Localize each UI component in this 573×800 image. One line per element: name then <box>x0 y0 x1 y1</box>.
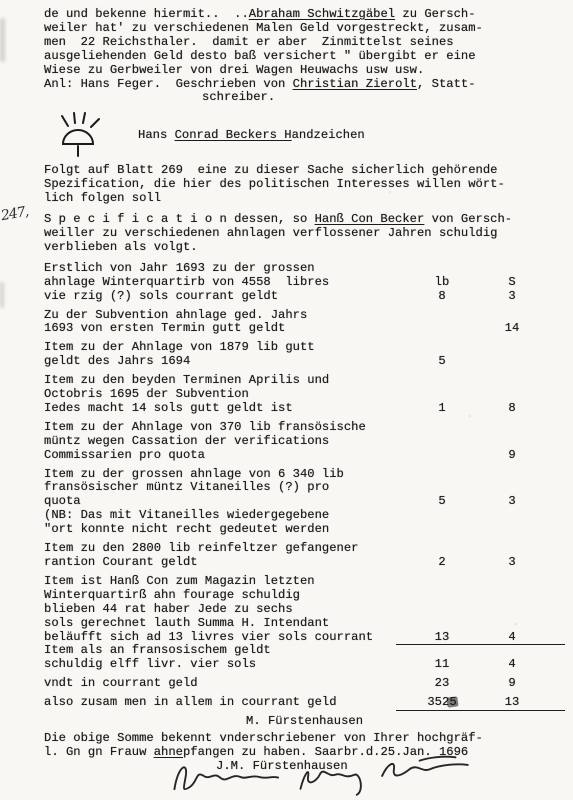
ledger-row: Item ist Hanß Con zum Magazin letzten <box>44 575 565 589</box>
ledger-row: schuldig elff livr. vier sols114 <box>44 658 565 672</box>
ledger-row: fransösischer müntz Vitaneilles (?) pro <box>44 481 565 495</box>
blatt-269-note: Folgt auf Blatt 269 eine zu dieser Sache… <box>44 164 565 206</box>
underlined-name: Hanß Con Becker <box>315 212 425 226</box>
ledger-row-text: Item zu den 2800 lib reinfeltzer gefange… <box>44 541 359 555</box>
underlined-name: Abraham Schwitzgäbel <box>249 7 395 21</box>
amount-s: 8 <box>482 402 542 416</box>
text-line: Folgt auf Blatt 269 eine zu dieser Sache… <box>44 164 565 178</box>
amount-lb: 11 <box>412 658 472 672</box>
text-line: weiller zu verschiedenen ahnlagen verflo… <box>44 227 565 241</box>
ledger-row-text: (NB: Das mit Vitaneilles wiedergegebene <box>44 508 329 522</box>
text-line: weiler hat' zu verschiedenen Malen Geld … <box>44 22 565 36</box>
ledger-entry: vndt in courrant geld239 <box>44 677 565 691</box>
ledger-row-text: sols gerechnet lauth Summa H. Intendant <box>44 616 329 630</box>
ledger-row: ahnlage Winterquartirb von 4558 libreslb… <box>44 276 565 290</box>
ledger-row: Item zu den 2800 lib reinfeltzer gefange… <box>44 542 565 556</box>
ledger-row-text: schuldig elff livr. vier sols <box>44 657 256 671</box>
amount-s: S <box>482 276 542 290</box>
amount-lb: 5 <box>412 355 472 369</box>
underlined-name: Conrad Beckers H <box>175 128 292 142</box>
ledger-row: Iedes macht 14 sols gutt geldt ist18 <box>44 402 565 416</box>
ledger-row: vndt in courrant geld239 <box>44 677 565 691</box>
ledger-row: rantion Courant geldt23 <box>44 556 565 570</box>
ledger-row-text: Item ist Hanß Con zum Magazin letzten <box>44 574 315 588</box>
ledger-entry: Item zu der Ahnlage von 370 lib fransösi… <box>44 421 565 463</box>
ledger-row: Octobris 1695 der Subvention <box>44 388 565 402</box>
ledger-row: Zu der Subvention ahnlage ged. Jahrs <box>44 309 565 323</box>
amount-lb: 8 <box>412 290 472 304</box>
ledger-row-text: rantion Courant geldt <box>44 555 198 569</box>
amount-s: 4 <box>482 631 542 645</box>
handzeichen-caption: Hans Conrad Beckers Handzeichen <box>138 128 365 142</box>
ledger-row: blieben 44 rat haber Jede zu sechs <box>44 603 565 617</box>
scanned-document-page: { "page": {"background": "#f8f7f3", "ink… <box>0 0 573 800</box>
ledger-row-text: blieben 44 rat haber Jede zu sechs <box>44 602 293 616</box>
ledger-row-text: geldt des Jahrs 1694 <box>44 354 190 368</box>
ledger-row-text: fransösischer müntz Vitaneilles (?) pro <box>44 480 329 494</box>
text-line: de und bekenne hiermit.. ..Abraham Schwi… <box>44 8 565 22</box>
ledger-row: Item zu den beyden Terminen Aprilis und <box>44 374 565 388</box>
ledger-entry: Item zu der Ahnlage von 1879 lib guttgel… <box>44 341 565 369</box>
amount-lb: 2 <box>412 556 472 570</box>
ledger-row: Item als an fransosischem geldt <box>44 644 565 658</box>
text-line: Wiese zu Gerbweiler von drei Wagen Heuwa… <box>44 64 565 78</box>
ledger-row-text: Item zu der grossen ahnlage von 6 340 li… <box>44 467 344 481</box>
margin-smudge <box>0 282 4 308</box>
ledger-entry: Item zu den 2800 lib reinfeltzer gefange… <box>44 542 565 570</box>
amount-s: 9 <box>482 677 542 691</box>
handzeichen-row: Hans Conrad Beckers Handzeichen <box>54 112 565 158</box>
ledger-row-text: Erstlich von Jahr 1693 zu der grossen <box>44 261 315 275</box>
text-line: ausgeliehenden Geld desto baß versichert… <box>44 50 565 64</box>
ledger-row-text: ahnlage Winterquartirb von 4558 libres <box>44 275 329 289</box>
document-body: de und bekenne hiermit.. ..Abraham Schwi… <box>44 8 565 774</box>
ledger-row-text: vie rzig (?) sols courrant geldt <box>44 289 278 303</box>
amount-lb: 23 <box>412 677 472 691</box>
ledger-row-text: Item zu den beyden Terminen Aprilis und <box>44 373 329 387</box>
text-line: Die obige Somme bekennt vnderschriebener… <box>44 732 565 746</box>
ledger-entry: also zusam men in allem in courrant geld… <box>44 696 565 710</box>
opening-paragraph: de und bekenne hiermit.. ..Abraham Schwi… <box>44 8 565 105</box>
ledger-row-text: müntz wegen Cassation der verifications <box>44 434 329 448</box>
ledger-row-text: also zusam men in allem in courrant geld <box>44 695 337 709</box>
amount-s: 3 <box>482 556 542 570</box>
ledger-row: quota53 <box>44 495 565 509</box>
handwritten-scribble-icon <box>168 748 478 800</box>
ledger-row-text: Zu der Subvention ahnlage ged. Jahrs <box>44 308 307 322</box>
amount-lb: 13 <box>412 631 472 645</box>
ledger-row: sols gerechnet lauth Summa H. Intendant <box>44 617 565 631</box>
amount-s: 3 <box>482 290 542 304</box>
ledger-row: 1693 von ersten Termin gutt geldt14 <box>44 322 565 336</box>
ledger-row-text: vndt in courrant geld <box>44 676 198 690</box>
text-line: verblieben als volgt. <box>44 241 565 255</box>
underlined-name: Christian Zierolt <box>293 77 417 91</box>
text-line: Spezification, die hier des politischen … <box>44 178 565 192</box>
ledger-row: vie rzig (?) sols courrant geldt83 <box>44 290 565 304</box>
ledger-row-text: beläufft sich ad 13 livres vier sols cou… <box>44 630 373 644</box>
ledger-row-text: "ort konnte nicht recht gedeutet werden <box>44 522 329 536</box>
text-line: S p e c i f i c a t i o n dessen, so Han… <box>44 213 565 227</box>
ledger-row-text: quota <box>44 494 81 508</box>
ledger-row-text: Item als an fransosischem geldt <box>44 643 271 657</box>
text-line: schreiber. <box>44 91 565 105</box>
amount-s: 9 <box>482 449 542 463</box>
ledger-entry: Item zu der grossen ahnlage von 6 340 li… <box>44 468 565 538</box>
ledger-entry: Erstlich von Jahr 1693 zu der grossenahn… <box>44 262 565 304</box>
ledger-row: Erstlich von Jahr 1693 zu der grossen <box>44 262 565 276</box>
ledger-row-text: Commissarien pro quota <box>44 448 205 462</box>
ledger-row-text: Item zu der Ahnlage von 370 lib fransösi… <box>44 420 366 434</box>
ledger-row-text: Octobris 1695 der Subvention <box>44 387 249 401</box>
ledger-row: "ort konnte nicht recht gedeutet werden <box>44 523 565 537</box>
ledger-row: Commissarien pro quota9 <box>44 449 565 463</box>
ledger-entry: Item zu den beyden Terminen Aprilis undO… <box>44 374 565 416</box>
amount-s: 3 <box>482 495 542 509</box>
ledger-entry: Zu der Subvention ahnlage ged. Jahrs1693… <box>44 309 565 337</box>
margin-smudge <box>0 18 5 62</box>
amount-lb: lb <box>412 276 472 290</box>
ledger-row: geldt des Jahrs 16945 <box>44 355 565 369</box>
ledger-entry: Item ist Hanß Con zum Magazin letztenWin… <box>44 575 565 672</box>
amount-s: 14 <box>482 322 542 336</box>
amount-s: 4 <box>482 658 542 672</box>
ledger-row: also zusam men in allem in courrant geld… <box>44 696 565 710</box>
text-line: Anl: Hans Feger. Geschrieben von Christi… <box>44 78 565 92</box>
ledger-row-text: Winterquartirß ahn fourage schuldig <box>44 588 300 602</box>
ledger-row: (NB: Das mit Vitaneilles wiedergegebene <box>44 509 565 523</box>
specification-heading: S p e c i f i c a t i o n dessen, so Han… <box>44 213 565 255</box>
ledger-row-text: 1693 von ersten Termin gutt geldt <box>44 321 285 335</box>
amount-lb: 1 <box>412 402 472 416</box>
treasurer-signature: M. Fürstenhausen <box>246 715 565 729</box>
ledger-row: Item zu der grossen ahnlage von 6 340 li… <box>44 468 565 482</box>
amount-lb: 3525 <box>412 696 472 710</box>
margin-note-247: 247, <box>0 204 29 224</box>
overstruck-digit: 5 <box>449 695 456 709</box>
amount-lb: 5 <box>412 495 472 509</box>
amount-s: 13 <box>482 696 542 710</box>
ledger-row: müntz wegen Cassation der verifications <box>44 435 565 449</box>
sun-hand-sign-icon <box>54 112 108 158</box>
ledger-row-text: Iedes macht 14 sols gutt geldt ist <box>44 401 293 415</box>
ledger-row-text: Item zu der Ahnlage von 1879 lib gutt <box>44 340 315 354</box>
ledger-row: beläufft sich ad 13 livres vier sols cou… <box>44 631 565 645</box>
ledger-row: Item zu der Ahnlage von 370 lib fransösi… <box>44 421 565 435</box>
ledger-row: Item zu der Ahnlage von 1879 lib gutt <box>44 341 565 355</box>
text-line: men 22 Reichsthaler. damit er aber Zinmi… <box>44 36 565 50</box>
ledger-table: Erstlich von Jahr 1693 zu der grossenahn… <box>44 262 565 710</box>
ledger-row: Winterquartirß ahn fourage schuldig <box>44 589 565 603</box>
text-line: lich folgen soll <box>44 192 565 206</box>
